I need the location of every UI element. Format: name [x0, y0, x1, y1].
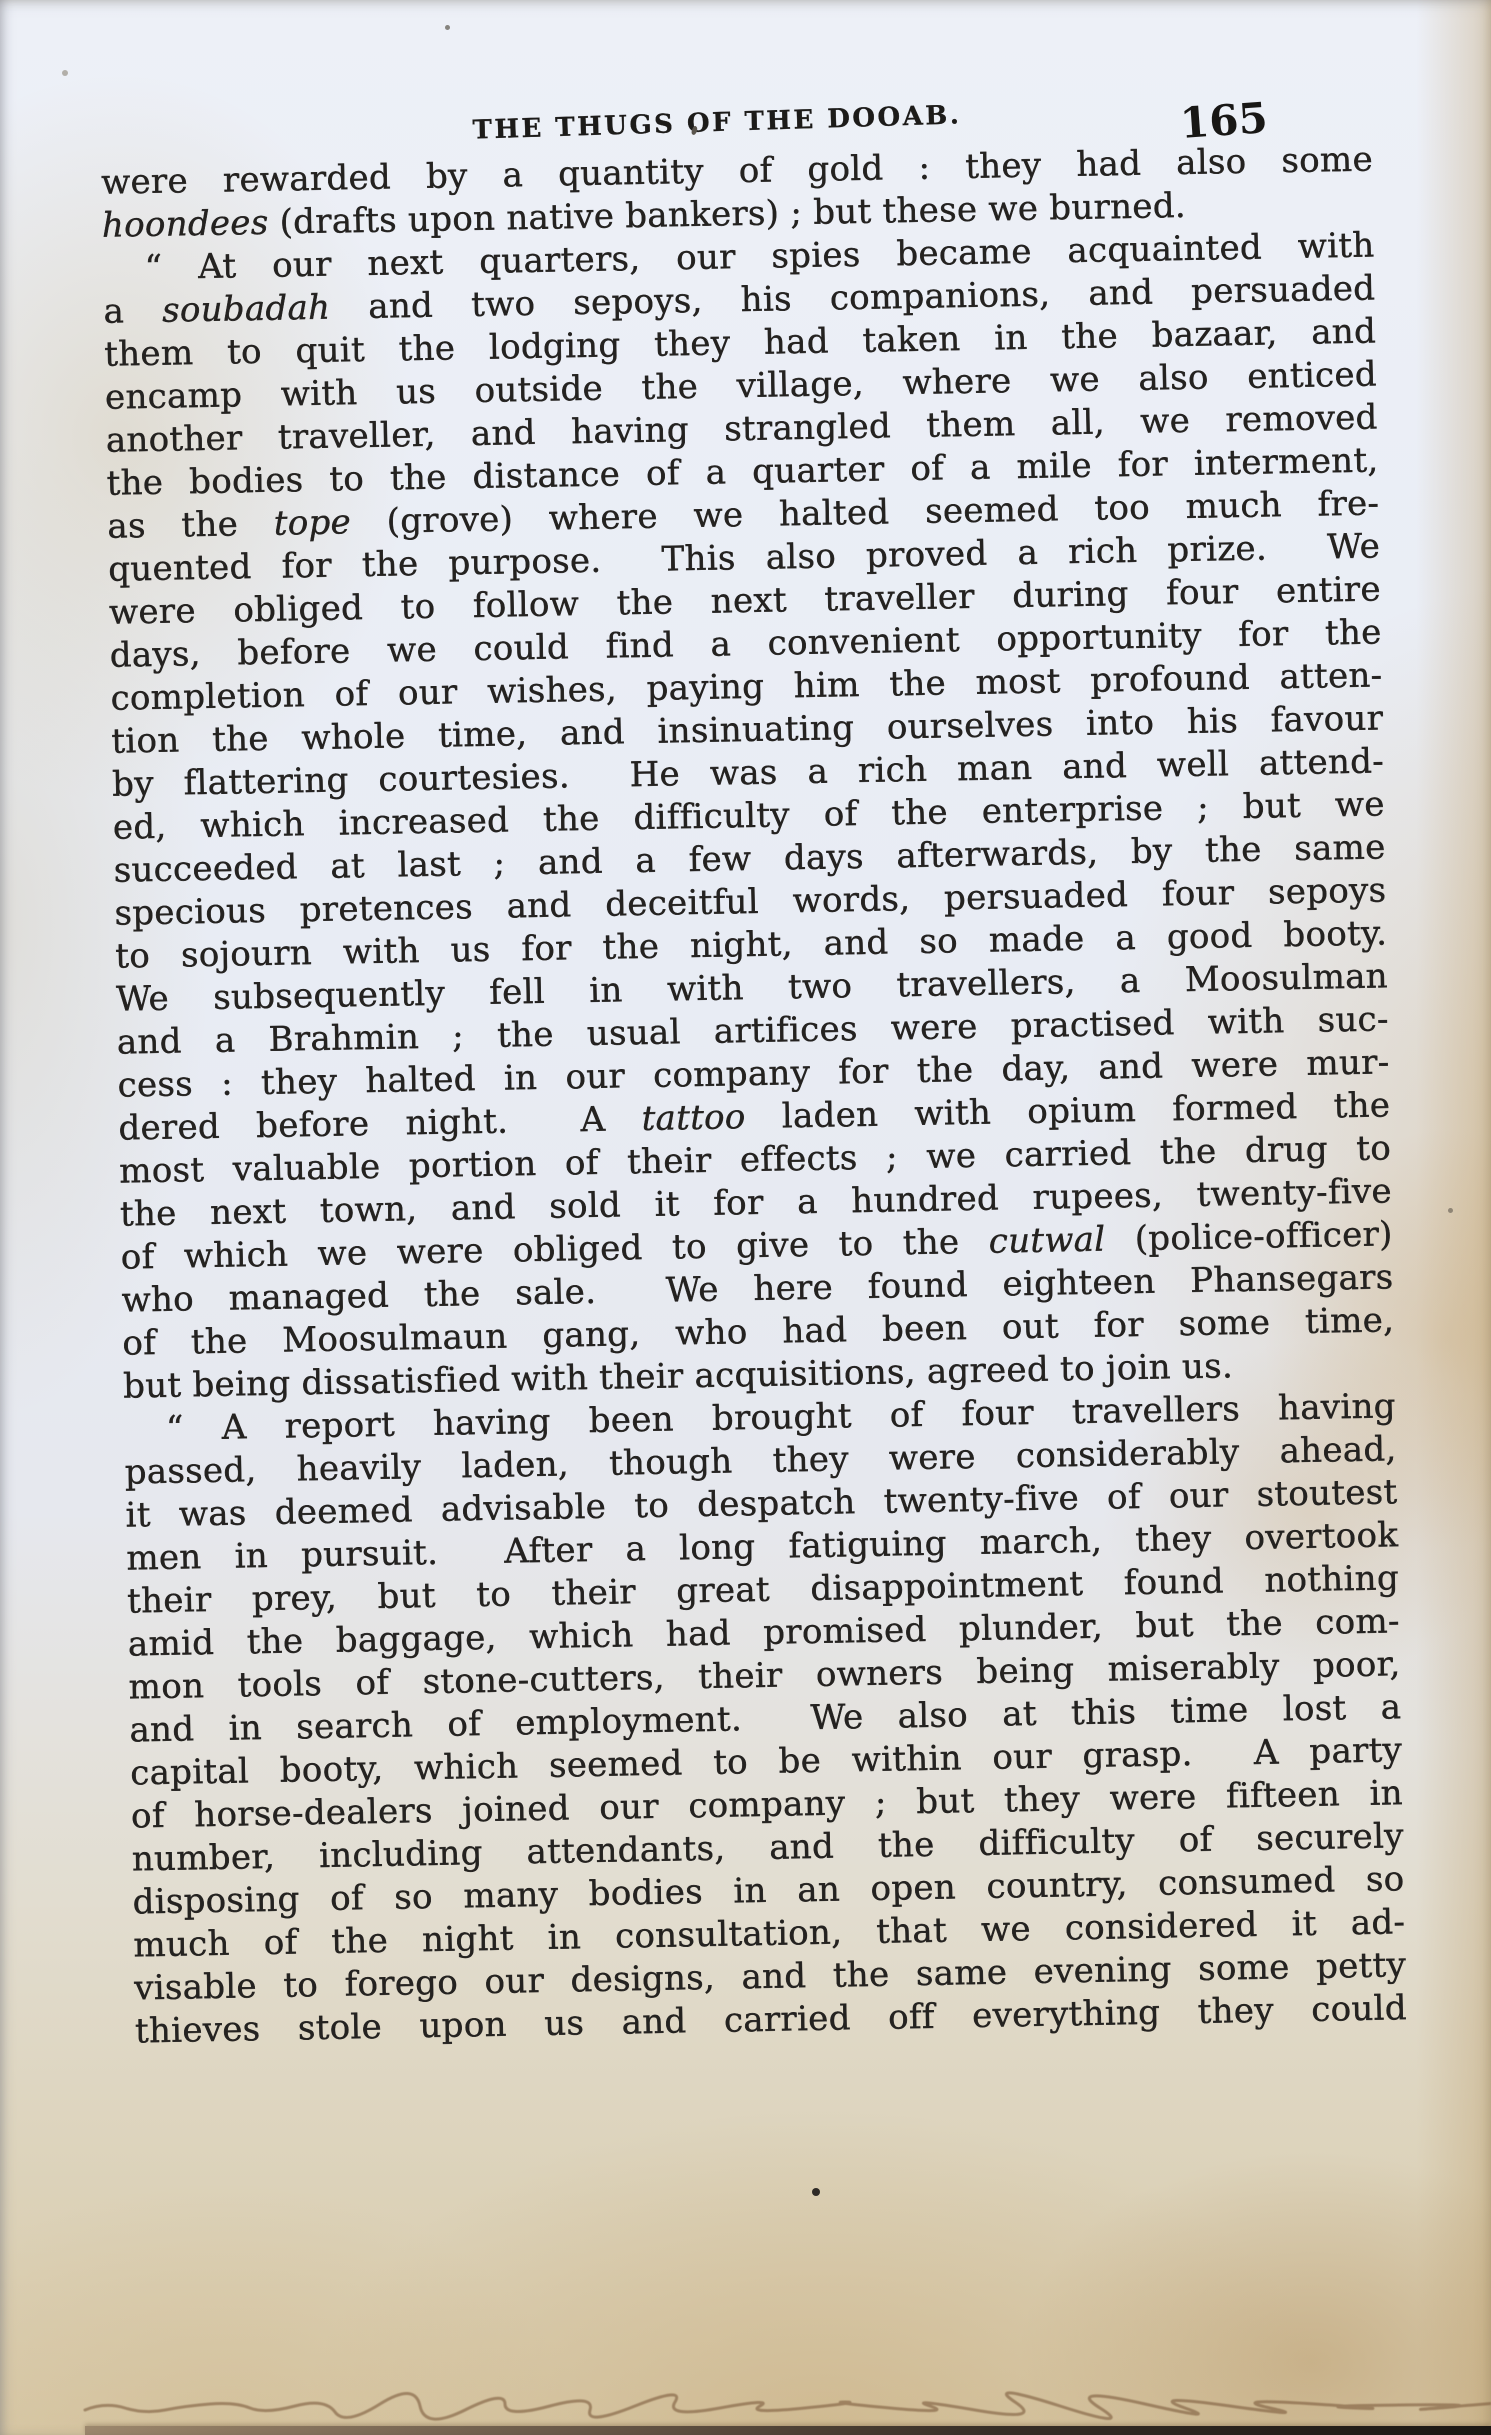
paper-stain-speck: [1448, 1208, 1453, 1213]
ink-speck: [445, 25, 450, 30]
ink-speck: [812, 2188, 820, 2196]
paper-stain-speck: [62, 70, 68, 76]
paragraph: “ At our next quarters, our spies became…: [102, 224, 1395, 1408]
paragraph: “ A report having been brought of four t…: [124, 1385, 1408, 2053]
scanned-book-page: THE THUGS OF THE DOOAB. 165 were rewarde…: [0, 0, 1491, 2435]
text-block: were rewarded by a quantity of gold : th…: [101, 139, 1407, 2054]
book-edge-shadow: [85, 2426, 1491, 2435]
running-title: THE THUGS OF THE DOOAB.: [452, 100, 983, 147]
